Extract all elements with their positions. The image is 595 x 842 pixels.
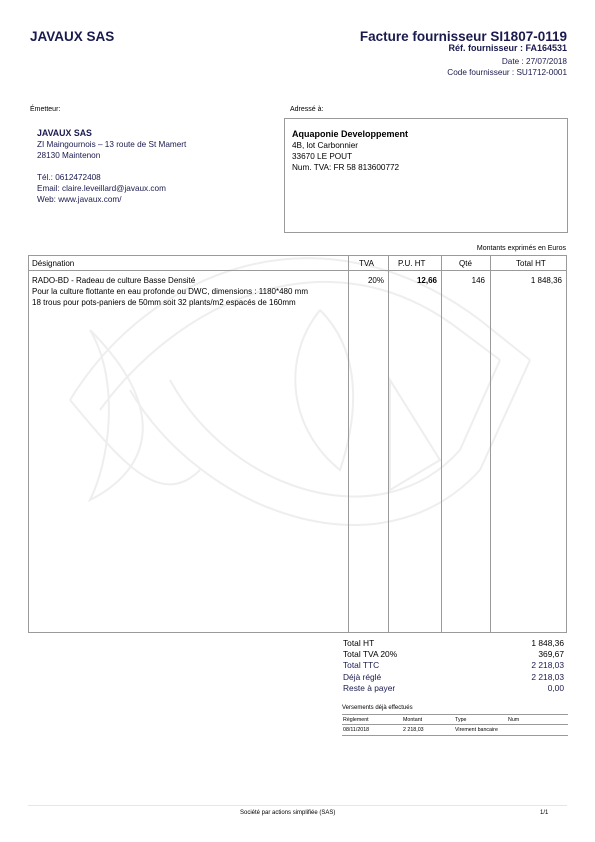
already-paid-value: 2 218,03: [531, 672, 564, 682]
payments-header-type: Type: [455, 717, 466, 723]
company-name: JAVAUX SAS: [30, 29, 114, 44]
payments-header-date: Règlement: [343, 717, 369, 723]
column-divider: [348, 256, 349, 632]
header-divider: [29, 270, 566, 271]
supplier-reference: Réf. fournisseur : FA164531: [448, 43, 567, 53]
remaining-label: Reste à payer: [343, 683, 395, 693]
emitter-address-line1: ZI Maingournois – 13 route de St Mamert: [37, 140, 186, 149]
item-unit-price: 12,66: [417, 276, 437, 285]
currency-note: Montants exprimés en Euros: [477, 245, 566, 252]
item-quantity: 146: [472, 276, 485, 285]
item-designation-line3: 18 trous pour pots-paniers de 50mm soit …: [32, 298, 296, 307]
recipient-vat-number: Num. TVA: FR 58 813600772: [292, 163, 399, 172]
item-tva: 20%: [368, 276, 384, 285]
payments-top-line: [342, 714, 568, 715]
column-divider: [441, 256, 442, 632]
payment-amount: 2 218,03: [403, 727, 424, 733]
supplier-code: Code fournisseur : SU1712-0001: [447, 68, 567, 77]
total-ttc-value: 2 218,03: [531, 660, 564, 670]
emitter-block: JAVAUX SAS ZI Maingournois – 13 route de…: [30, 118, 275, 232]
recipient-address-line1: 4B, lot Carbonnier: [292, 141, 358, 150]
total-tva-value: 369,67: [538, 649, 564, 659]
item-designation-line2: Pour la culture flottante en eau profond…: [32, 287, 308, 296]
recipient-name: Aquaponie Developpement: [292, 129, 408, 139]
item-designation-title: RADO-BD - Radeau de culture Basse Densit…: [32, 276, 195, 285]
total-ht-value: 1 848,36: [531, 638, 564, 648]
column-header-total-ht: Total HT: [516, 259, 546, 268]
invoice-title: Facture fournisseur SI1807-0119: [360, 29, 567, 44]
payments-header-num: Num: [508, 717, 519, 723]
recipient-block: Aquaponie Developpement 4B, lot Carbonni…: [284, 118, 568, 233]
emitter-address-line2: 28130 Maintenon: [37, 151, 100, 160]
footer-legal-text: Société par actions simplifiée (SAS): [240, 810, 335, 816]
recipient-label: Adressé à:: [290, 106, 323, 113]
emitter-email: Email: claire.leveillard@javaux.com: [37, 184, 166, 193]
column-header-designation: Désignation: [32, 259, 74, 268]
item-total-ht: 1 848,36: [531, 276, 562, 285]
emitter-label: Émetteur:: [30, 106, 60, 113]
recipient-address-line2: 33670 LE POUT: [292, 152, 352, 161]
emitter-phone: Tél.: 0612472408: [37, 173, 101, 182]
column-header-quantity: Qté: [459, 259, 472, 268]
items-table: Désignation TVA P.U. HT Qté Total HT RAD…: [28, 255, 567, 633]
payment-type: Virement bancaire: [455, 727, 498, 733]
already-paid-label: Déjà réglé: [343, 672, 381, 682]
total-ht-label: Total HT: [343, 638, 374, 648]
total-ttc-label: Total TTC: [343, 660, 379, 670]
payments-header-line: [342, 724, 568, 725]
payments-bottom-line: [342, 735, 568, 736]
column-header-tva: TVA: [359, 259, 374, 268]
payments-header-amount: Montant: [403, 717, 422, 723]
invoice-date: Date : 27/07/2018: [502, 57, 567, 66]
column-divider: [490, 256, 491, 632]
total-tva-label: Total TVA 20%: [343, 649, 397, 659]
footer-divider: [28, 805, 567, 806]
remaining-value: 0,00: [548, 683, 564, 693]
column-divider: [388, 256, 389, 632]
payment-date: 08/11/2018: [343, 727, 369, 733]
column-header-unit-price: P.U. HT: [398, 259, 425, 268]
page-number: 1/1: [540, 810, 548, 816]
emitter-web: Web: www.javaux.com/: [37, 195, 121, 204]
emitter-name: JAVAUX SAS: [37, 128, 92, 138]
payments-title: Versements déjà effectués: [342, 705, 413, 711]
